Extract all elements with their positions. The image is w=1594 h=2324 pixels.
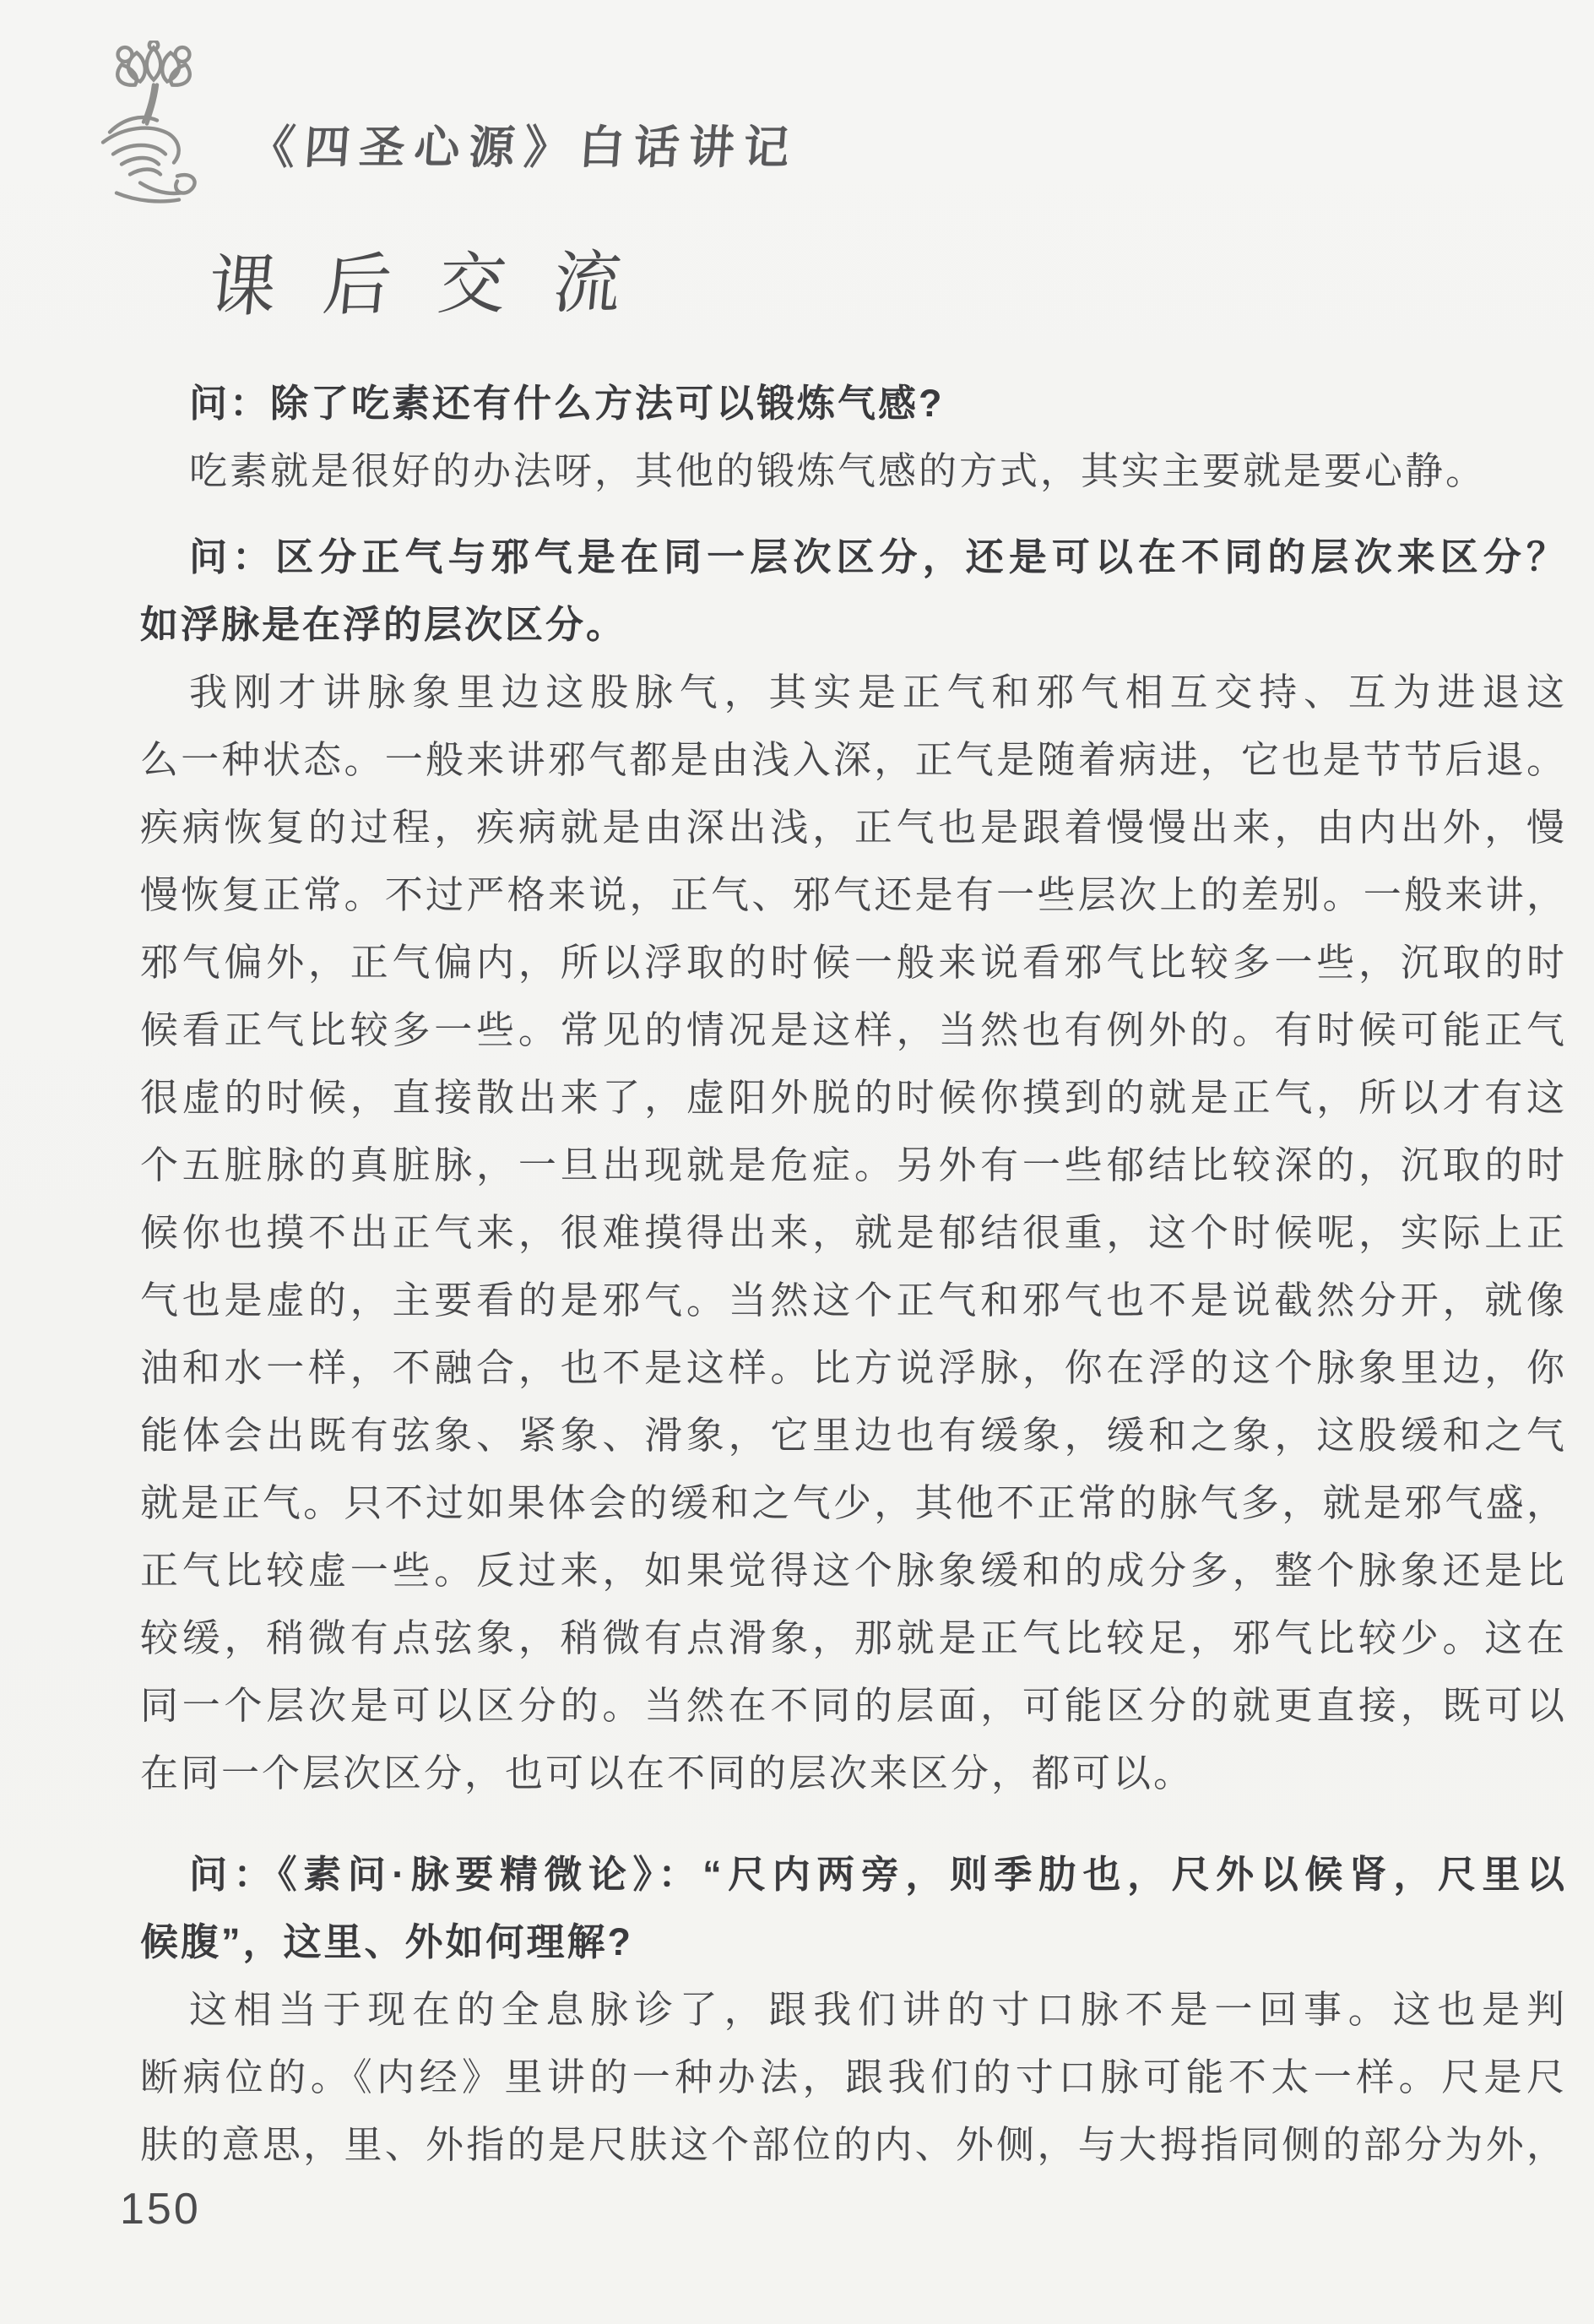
text-line: 个五脏脉的真脏脉，一旦出现就是危症。另外有一些郁结比较深的，沉取的时 — [140, 1132, 1567, 1199]
hand-lotus-logo — [66, 41, 252, 214]
answer-3: 这相当于现在的全息脉诊了，跟我们讲的寸口脉不是一回事。这也是判断病位的。《内经》… — [140, 1976, 1567, 2179]
text-line: 候你也摸不出正气来，很难摸得出来，就是郁结很重，这个时候呢，实际上正 — [140, 1199, 1567, 1267]
text-line: 问：除了吃素还有什么方法可以锻炼气感? — [140, 370, 1567, 437]
text-line: 就是正气。只不过如果体会的缓和之气少，其他不正常的脉气多，就是邪气盛， — [140, 1469, 1567, 1537]
text-line: 油和水一样，不融合，也不是这样。比方说浮脉，你在浮的这个脉象里边，你 — [140, 1334, 1567, 1402]
text-line: 问：《素问·脉要精微论》：“尺内两旁，则季肋也，尺外以候肾，尺里以 — [140, 1841, 1567, 1909]
text-line: 候看正气比较多一些。常见的情况是这样，当然也有例外的。有时候可能正气 — [140, 996, 1567, 1064]
question-3: 问：《素问·脉要精微论》：“尺内两旁，则季肋也，尺外以候肾，尺里以候腹”，这里、… — [140, 1841, 1567, 1976]
text-line: 气也是虚的，主要看的是邪气。当然这个正气和邪气也不是说截然分开，就像 — [140, 1267, 1567, 1334]
answer-1: 吃素就是很好的办法呀，其他的锻炼气感的方式，其实主要就是要心静。 — [140, 437, 1567, 505]
text-line: 如浮脉是在浮的层次区分。 — [140, 591, 1567, 659]
hand-holding-lotus-icon — [66, 41, 252, 214]
text-line: 能体会出既有弦象、紧象、滑象，它里边也有缓象，缓和之象，这股缓和之气 — [140, 1402, 1567, 1469]
text-line: 在同一个层次区分，也可以在不同的层次来区分，都可以。 — [140, 1740, 1567, 1807]
text-line: 很虚的时候，直接散出来了，虚阳外脱的时候你摸到的就是正气，所以才有这 — [140, 1064, 1567, 1132]
text-line: 肤的意思，里、外指的是尺肤这个部位的内、外侧，与大拇指同侧的部分为外， — [140, 2111, 1567, 2179]
page-number: 150 — [120, 2184, 201, 2234]
text-line: 问：区分正气与邪气是在同一层次区分，还是可以在不同的层次来区分？ — [140, 524, 1567, 591]
text-line: 吃素就是很好的办法呀，其他的锻炼气感的方式，其实主要就是要心静。 — [140, 437, 1567, 505]
question-1: 问：除了吃素还有什么方法可以锻炼气感? — [140, 370, 1567, 437]
text-line: 疾病恢复的过程，疾病就是由深出浅，正气也是跟着慢慢出来，由内出外，慢 — [140, 794, 1567, 861]
text-line: 较缓，稍微有点弦象，稍微有点滑象，那就是正气比较足，邪气比较少。这在 — [140, 1605, 1567, 1672]
text-line: 邪气偏外，正气偏内，所以浮取的时候一般来说看邪气比较多一些，沉取的时 — [140, 929, 1567, 996]
answer-2: 我刚才讲脉象里边这股脉气，其实是正气和邪气相互交持、互为进退这么一种状态。一般来… — [140, 659, 1567, 1807]
text-line: 慢恢复正常。不过严格来说，正气、邪气还是有一些层次上的差别。一般来讲， — [140, 861, 1567, 929]
section-title: 课后交流 — [204, 227, 673, 329]
text-line: 我刚才讲脉象里边这股脉气，其实是正气和邪气相互交持、互为进退这 — [140, 659, 1567, 726]
text-line: 候腹”，这里、外如何理解? — [140, 1909, 1567, 1976]
text-line: 么一种状态。一般来讲邪气都是由浅入深，正气是随着病进，它也是节节后退。 — [140, 726, 1567, 794]
book-page: 《四圣心源》白话讲记 课后交流 问：除了吃素还有什么方法可以锻炼气感? 吃素就是… — [0, 0, 1594, 2324]
question-2: 问：区分正气与邪气是在同一层次区分，还是可以在不同的层次来区分？如浮脉是在浮的层… — [140, 524, 1567, 659]
text-line: 断病位的。《内经》里讲的一种办法，跟我们的寸口脉可能不太一样。尺是尺 — [140, 2044, 1567, 2111]
text-line: 正气比较虚一些。反过来，如果觉得这个脉象缓和的成分多，整个脉象还是比 — [140, 1537, 1567, 1605]
book-title: 《四圣心源》白话讲记 — [247, 111, 800, 176]
text-line: 同一个层次是可以区分的。当然在不同的层面，可能区分的就更直接，既可以 — [140, 1672, 1567, 1740]
text-line: 这相当于现在的全息脉诊了，跟我们讲的寸口脉不是一回事。这也是判 — [140, 1976, 1567, 2044]
